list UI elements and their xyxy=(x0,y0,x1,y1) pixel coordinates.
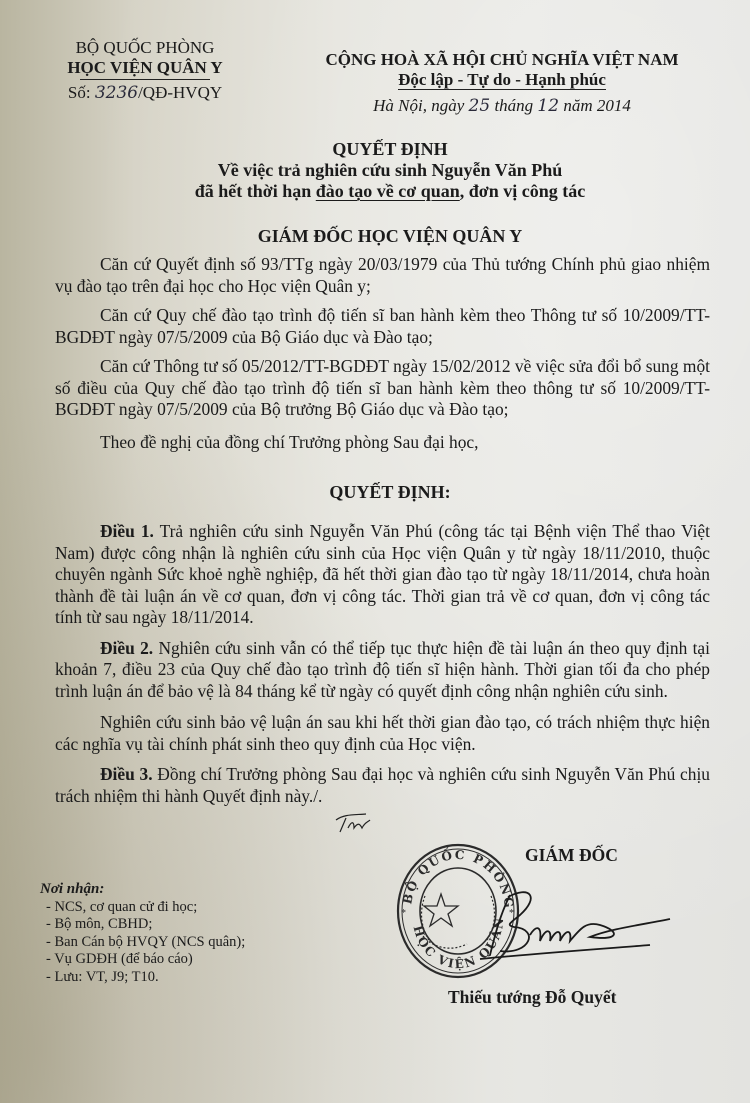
article-2: Điều 2. Nghiên cứu sinh vẫn có thể tiếp … xyxy=(55,638,710,703)
country-name: CỘNG HOÀ XÃ HỘI CHỦ NGHĨA VIỆT NAM xyxy=(282,50,722,70)
handwritten-signature xyxy=(470,885,680,965)
doc-number-prefix: Số: xyxy=(68,83,91,102)
issue-date: Hà Nội, ngày 25 tháng 12 năm 2014 xyxy=(282,96,722,116)
article-3: Điều 3. Đồng chí Trưởng phòng Sau đại họ… xyxy=(55,764,710,807)
preamble-item: Căn cứ Quy chế đào tạo trình độ tiến sĩ … xyxy=(55,305,710,348)
document-page: BỘ QUỐC PHÒNG HỌC VIỆN QUÂN Y Số: 3236/Q… xyxy=(0,0,750,1103)
preamble-item: Căn cứ Thông tư số 05/2012/TT-BGDĐT ngày… xyxy=(55,356,710,421)
national-motto: Độc lập - Tự do - Hạnh phúc xyxy=(398,71,606,90)
academy-name: HỌC VIỆN QUÂN Y xyxy=(67,58,222,78)
recipients-block: Nơi nhận: NCS, cơ quan cử đi học; Bộ môn… xyxy=(40,881,245,986)
signatory-name: Thiếu tướng Đỗ Quyết xyxy=(448,987,616,1008)
ministry-name: BỘ QUỐC PHÒNG xyxy=(40,38,250,58)
date-year: năm 2014 xyxy=(563,96,631,115)
recipient-item: NCS, cơ quan cử đi học; xyxy=(46,899,245,917)
preamble: Căn cứ Quyết định số 93/TTg ngày 20/03/1… xyxy=(55,254,710,453)
recipient-item: Ban Cán bộ HVQY (NCS quân); xyxy=(46,934,245,952)
issuer-block: BỘ QUỐC PHÒNG HỌC VIỆN QUÂN Y Số: 3236/Q… xyxy=(40,38,250,103)
recipient-item: Bộ môn, CBHD; xyxy=(46,916,245,934)
svg-text:*: * xyxy=(401,908,406,919)
recipients-label: Nơi nhận: xyxy=(40,881,245,899)
preamble-item: Căn cứ Quyết định số 93/TTg ngày 20/03/1… xyxy=(55,254,710,297)
recipients-list: NCS, cơ quan cử đi học; Bộ môn, CBHD; Ba… xyxy=(40,899,245,987)
decision-heading-2: QUYẾT ĐỊNH: xyxy=(100,482,680,503)
signatory-title: GIÁM ĐỐC xyxy=(525,845,618,866)
preamble-item: Theo đề nghị của đồng chí Trưởng phòng S… xyxy=(55,432,710,454)
article-1: Điều 1. Trả nghiên cứu sinh Nguyễn Văn P… xyxy=(55,521,710,629)
date-month: 12 xyxy=(537,96,559,116)
recipient-item: Vụ GDĐH (để báo cáo) xyxy=(46,951,245,969)
date-month-label: tháng xyxy=(494,96,533,115)
director-heading: GIÁM ĐỐC HỌC VIỆN QUÂN Y xyxy=(100,226,680,247)
decision-subject-line2: đã hết thời hạn đào tạo về cơ quan, đơn … xyxy=(100,181,680,202)
doc-number-handwritten: 3236 xyxy=(95,83,138,103)
date-prefix: Hà Nội, ngày xyxy=(373,96,464,115)
date-day: 25 xyxy=(469,96,491,116)
decision-subject-line1: Về việc trả nghiên cứu sinh Nguyễn Văn P… xyxy=(100,160,680,181)
national-header: CỘNG HOÀ XÃ HỘI CHỦ NGHĨA VIỆT NAM Độc l… xyxy=(282,50,722,116)
decision-title: QUYẾT ĐỊNH Về việc trả nghiên cứu sinh N… xyxy=(100,139,680,202)
document-number: Số: 3236/QĐ-HVQY xyxy=(40,83,250,103)
decision-heading: QUYẾT ĐỊNH xyxy=(100,139,680,160)
recipient-item: Lưu: VT, J9; T10. xyxy=(46,969,245,987)
initials-scribble xyxy=(332,812,372,834)
article-2-note: Nghiên cứu sinh bảo vệ luận án sau khi h… xyxy=(55,712,710,755)
doc-number-suffix: /QĐ-HVQY xyxy=(138,83,222,102)
academy-underline xyxy=(80,79,210,80)
articles: Điều 1. Trả nghiên cứu sinh Nguyễn Văn P… xyxy=(55,521,710,807)
